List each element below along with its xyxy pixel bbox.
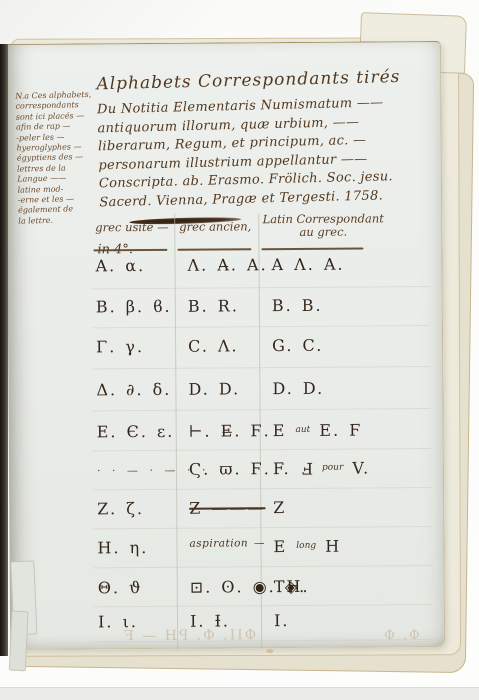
row-rule <box>93 526 431 529</box>
latin-cell: A Λ. A. <box>271 255 344 275</box>
greek-ancient-cell: Λ. A̶. A. <box>187 255 267 275</box>
greek-ancient-cell: D. D. <box>188 379 240 398</box>
photo-backdrop: N.a Ces alphabets, correspondants sont i… <box>0 0 479 700</box>
header-grec-usite: grec usité — <box>95 220 168 235</box>
latin-cell: G. C. <box>272 336 323 355</box>
small-word: pour <box>322 463 343 473</box>
latin-cell: F. F pour V. <box>273 458 370 478</box>
table-row-alpha: A. α. Λ. A̶. A. A Λ. A. <box>95 254 435 280</box>
paper-stain <box>266 649 273 653</box>
show-through-text: ΦΙΙ. Φ. ΡΗ — Ϝ <box>122 627 256 644</box>
row-rule <box>92 366 430 369</box>
row-rule <box>92 286 430 289</box>
page-fold <box>9 611 29 672</box>
show-through-text: Φ. Φ <box>382 628 420 643</box>
row-rule <box>93 448 431 451</box>
table-row-epsilon: E. Є. ε. ⊢. E̶. Ϝ. E aut E. Ϝ <box>97 420 437 446</box>
greek-common-cell: E. Є. ε. <box>97 422 175 442</box>
header-grec-ancien: grec ancien, <box>179 219 251 234</box>
greek-common-cell: B. β. ϐ. <box>96 297 172 317</box>
row-rule <box>93 487 431 490</box>
header-underline <box>261 248 363 251</box>
greek-common-cell: Z. ζ. <box>97 499 144 518</box>
margin-note: N.a Ces alphabets, correspondants sont i… <box>15 90 104 227</box>
row-rule <box>93 408 431 411</box>
latin-cell: E long H <box>273 537 341 556</box>
header-underline <box>93 249 167 252</box>
aspiration-note: aspiration — <box>189 537 265 550</box>
table-row-digamma: · · — · — · · Ϛ. ϖ. Ϝ. F. F pour V. <box>97 458 437 484</box>
latin-cell: E aut E. Ϝ <box>273 421 363 441</box>
greek-ancient-cell: Ϛ. ϖ. Ϝ. <box>189 459 271 479</box>
greek-common-cell: Δ. ∂. δ. <box>96 380 171 400</box>
struck-z-glyph: Z ——— <box>189 498 265 518</box>
greek-common-cell: Γ. γ. <box>96 337 144 356</box>
greek-common-cell: A. α. <box>95 256 145 275</box>
table-row-theta: Θ. ϑ ⊡. ʘ. ◉. ◈. TH. <box>98 576 438 602</box>
table-row-delta: Δ. ∂. δ. D. D. D. D. <box>96 378 436 404</box>
margin-note-line: la lettre. <box>18 214 104 227</box>
header-underline <box>177 248 251 251</box>
header-latin-correspondant: Latin Correspondant au grec. <box>261 212 385 239</box>
latin-cell: I. <box>274 611 290 630</box>
table-surface <box>0 687 479 700</box>
title-block: Alphabets Correspondants tirés Du Notiti… <box>96 66 443 212</box>
greek-ancient-cell: B. R. <box>188 296 239 315</box>
greek-common-cell: H. η. <box>97 538 148 557</box>
latin-cell: D. D. <box>272 379 324 398</box>
table-row-beta: B. β. ϐ. B. R. B. B. <box>96 295 436 321</box>
small-word: aut <box>295 425 310 435</box>
turned-f-glyph: F <box>300 459 313 478</box>
greek-common-cell: Θ. ϑ <box>98 578 143 597</box>
small-word: long <box>296 541 316 551</box>
greek-ancient-cell: C. Λ. <box>188 336 239 355</box>
table-row-gamma: Γ. γ. C. Λ. G. C. <box>96 335 436 361</box>
greek-ancient-cell: ⊢. E̶. Ϝ. <box>189 421 271 441</box>
row-rule <box>94 565 432 568</box>
latin-cell: B. B. <box>272 296 323 315</box>
greek-ancient-cell: Z ——— <box>189 498 265 518</box>
row-rule <box>92 325 430 328</box>
latin-cell: TH. <box>274 577 310 596</box>
table-row-zeta: Z. ζ. Z ——— Z <box>97 497 437 523</box>
binding-gutter <box>0 44 8 656</box>
page-title: Alphabets Correspondants tirés <box>96 66 440 94</box>
latin-cell: Z <box>273 498 286 517</box>
manuscript-page: N.a Ces alphabets, correspondants sont i… <box>6 41 445 650</box>
table-row-eta: H. η. aspiration — E long H <box>97 536 437 562</box>
row-rule <box>94 604 432 607</box>
